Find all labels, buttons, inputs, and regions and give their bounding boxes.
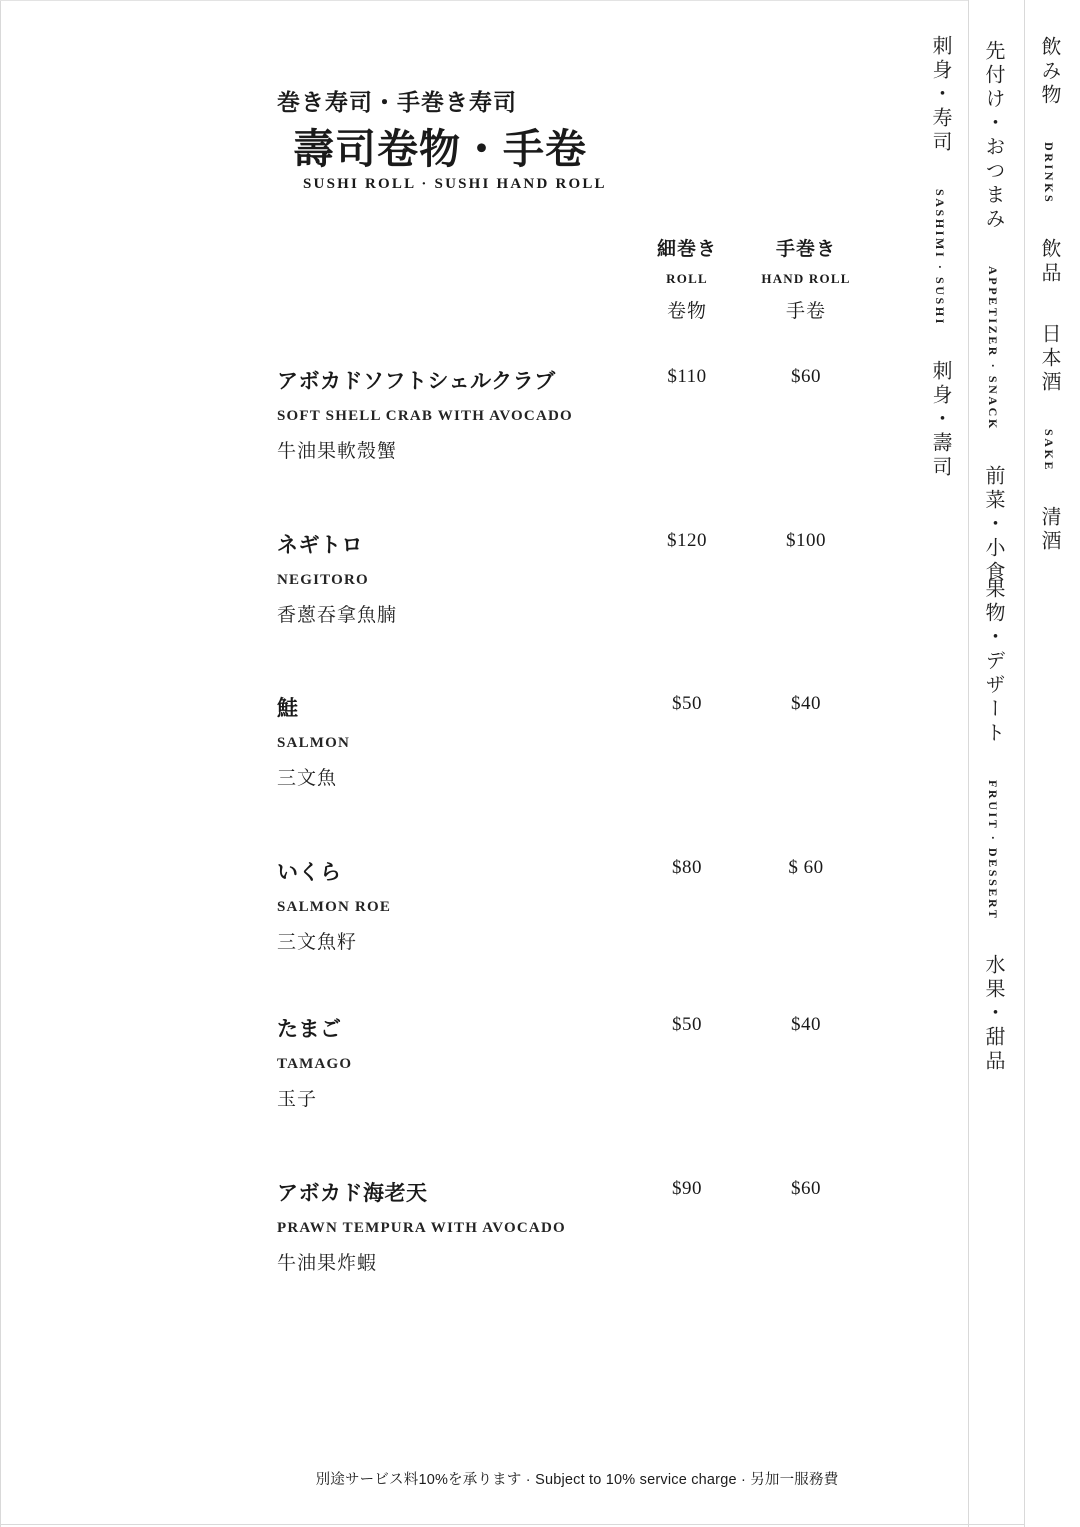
side-tab-appetizer-snack: 先付け・おつまみ APPETIZER · SNACK 前菜・小食 (980, 40, 1005, 585)
side-tab-label-jp: 先付け・おつまみ (982, 40, 1004, 232)
item-roll-price: $50 (632, 1014, 742, 1036)
side-tab-label-en: SAKE (1042, 429, 1056, 472)
page-top-border (0, 0, 969, 1)
column-header-hand-roll-zh: 手卷 (751, 296, 861, 323)
side-tab-label-en: APPETIZER · SNACK (986, 266, 1000, 431)
item-name-zh: 牛油果軟殼蟹 (277, 436, 877, 463)
item-name-en: TAMAGO (277, 1056, 877, 1073)
column-header-hand-roll: 手巻き HAND ROLL 手卷 (751, 234, 861, 323)
menu-item: たまご TAMAGO 玉子 $50 $40 (277, 1013, 877, 1111)
side-tab-sake: 日本酒 SAKE 清酒 (1036, 323, 1061, 554)
section-subtitle-japanese: 巻き寿司・手巻き寿司 (277, 84, 517, 117)
item-name-en: NEGITORO (277, 572, 877, 589)
item-hand-roll-price: $60 (751, 1178, 861, 1200)
item-name-zh: 三文魚 (277, 763, 877, 790)
menu-item: いくら SALMON ROE 三文魚籽 $80 $ 60 (277, 856, 877, 954)
side-tab-label-zh: 水果・甜品 (982, 954, 1004, 1074)
column-header-roll: 細巻き ROLL 卷物 (632, 234, 742, 323)
column-header-roll-en: ROLL (632, 271, 742, 287)
section-subtitle-english: SUSHI ROLL · SUSHI HAND ROLL (303, 176, 607, 193)
side-tab-label-en: FRUIT · DESSERT (986, 780, 1000, 920)
menu-item: 鮭 SALMON 三文魚 $50 $40 (277, 692, 877, 790)
page-title: 壽司卷物・手卷 (293, 116, 587, 175)
item-roll-price: $90 (632, 1178, 742, 1200)
side-tab-label-en: DRINKS (1042, 142, 1056, 204)
service-charge-note: 別途サービス料10%を承ります · Subject to 10% service… (277, 1468, 877, 1489)
side-tab-fruit-dessert: 果物・デザート FRUIT · DESSERT 水果・甜品 (980, 578, 1005, 1074)
item-name-en: PRAWN TEMPURA WITH AVOCADO (277, 1220, 877, 1237)
menu-item: アボカドソフトシェルクラブ SOFT SHELL CRAB WITH AVOCA… (277, 365, 877, 463)
column-header-hand-roll-jp: 手巻き (751, 234, 861, 261)
column-header-roll-jp: 細巻き (632, 234, 742, 261)
item-roll-price: $110 (632, 366, 742, 388)
item-name-en: SALMON (277, 735, 877, 752)
item-hand-roll-price: $60 (751, 366, 861, 388)
item-name-zh: 牛油果炸蝦 (277, 1248, 877, 1275)
side-tab-label-jp: 日本酒 (1038, 323, 1060, 395)
item-roll-price: $80 (632, 857, 742, 879)
item-hand-roll-price: $100 (751, 530, 861, 552)
menu-item: アボカド海老天 PRAWN TEMPURA WITH AVOCADO 牛油果炸蝦… (277, 1177, 877, 1275)
tab-divider-line-1 (968, 0, 969, 1527)
page-left-border (0, 0, 1, 1527)
side-tab-label-jp: 果物・デザート (982, 578, 1004, 746)
side-tab-label-zh: 刺身・壽司 (929, 360, 951, 480)
column-header-hand-roll-en: HAND ROLL (751, 271, 861, 287)
item-roll-price: $50 (632, 693, 742, 715)
side-tab-drinks: 飲み物 DRINKS 飲品 (1036, 36, 1061, 286)
item-name-en: SALMON ROE (277, 899, 877, 916)
side-tab-label-zh: 清酒 (1038, 506, 1060, 554)
tab-divider-line-2 (1024, 0, 1025, 1527)
side-tab-label-zh: 前菜・小食 (982, 465, 1004, 585)
item-name-en: SOFT SHELL CRAB WITH AVOCADO (277, 408, 877, 425)
item-hand-roll-price: $40 (751, 1014, 861, 1036)
side-tab-label-jp: 飲み物 (1038, 36, 1060, 108)
column-header-roll-zh: 卷物 (632, 296, 742, 323)
item-name-zh: 三文魚籽 (277, 927, 877, 954)
side-tab-label-jp: 刺身・寿司 (929, 35, 951, 155)
item-hand-roll-price: $ 60 (751, 857, 861, 879)
item-name-zh: 玉子 (277, 1084, 877, 1111)
side-tab-label-en: SASHIMI · SUSHI (933, 189, 947, 326)
side-tab-label-zh: 飲品 (1038, 238, 1060, 286)
page-bottom-border (0, 1524, 1025, 1525)
item-name-zh: 香蔥吞拿魚腩 (277, 600, 877, 627)
item-roll-price: $120 (632, 530, 742, 552)
item-hand-roll-price: $40 (751, 693, 861, 715)
side-tab-sashimi-sushi: 刺身・寿司 SASHIMI · SUSHI 刺身・壽司 (927, 35, 952, 480)
menu-item: ネギトロ NEGITORO 香蔥吞拿魚腩 $120 $100 (277, 529, 877, 627)
